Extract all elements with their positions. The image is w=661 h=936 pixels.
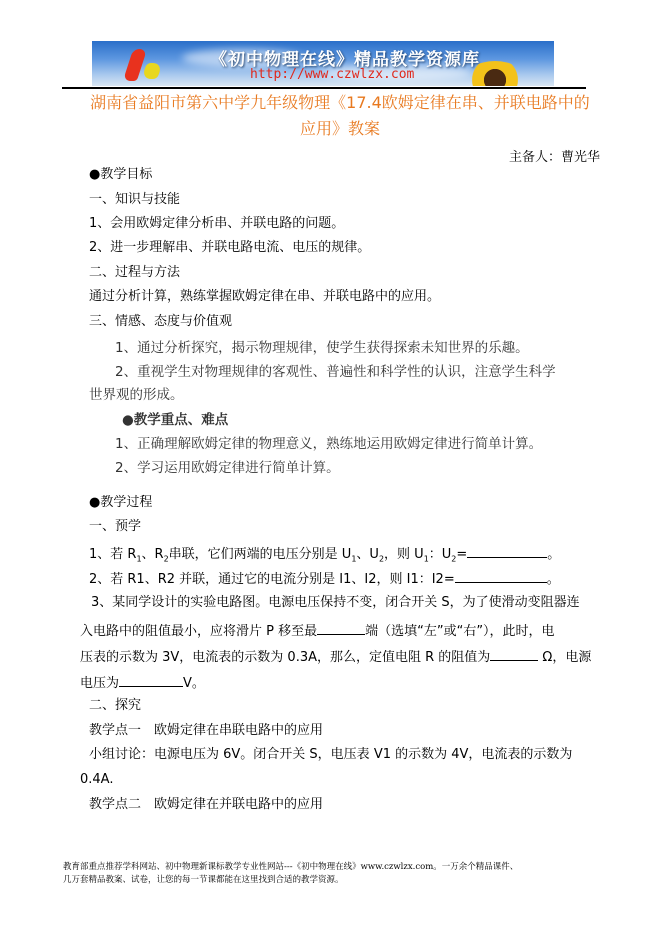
section-heading-goals: ●教学目标 <box>89 166 152 184</box>
document-title: 湖南省益阳市第六中学九年级物理《17.4欧姆定律在串、并联电路中的 <box>80 91 600 115</box>
footer-line-1: 教育部重点推荐学科网站、初中物理新课标教学专业性网站---《初中物理在线》www… <box>63 861 518 874</box>
section-heading-keypoints: ●教学重点、难点 <box>122 411 228 429</box>
subsection-heading-knowledge: 一、知识与技能 <box>89 191 180 209</box>
logo-icon <box>123 49 147 81</box>
question-text: 入电路中的阻值最小，应将滑片 P 移至最 <box>80 624 317 639</box>
question-text: ，则 U <box>384 547 424 562</box>
question-text: 、R <box>142 547 164 562</box>
subsection-heading-process: 二、过程与方法 <box>89 264 180 282</box>
question-text: 。 <box>547 572 560 587</box>
question-text: ：U <box>429 547 452 562</box>
discussion-line-2: 0.4A. <box>80 771 113 789</box>
answer-blank[interactable] <box>467 543 547 558</box>
list-item: 1、会用欧姆定律分析串、并联电路的问题。 <box>89 215 344 233</box>
list-item: 2、进一步理解串、并联电路电流、电压的规律。 <box>89 239 370 257</box>
subsection-heading-preview: 一、预学 <box>89 518 141 536</box>
question-3-line-2: 入电路中的阻值最小，应将滑片 P 移至最端（选填“左”或“右”），此时，电 <box>80 620 555 641</box>
question-text: 1、若 R <box>89 547 136 562</box>
teaching-point-1: 教学点一 欧姆定律在串联电路中的应用 <box>89 722 323 740</box>
question-text: 2、若 R1、R2 并联，通过它的电流分别是 I1、I2，则 I1：I2= <box>89 572 455 587</box>
footer-line-2: 几万套精品教案、试卷，让您的每一节课都能在这里找到合适的教学资源。 <box>63 874 518 887</box>
answer-blank[interactable] <box>455 568 547 583</box>
author-line: 主备人：曹光华 <box>509 146 600 165</box>
question-text: 、U <box>356 547 379 562</box>
question-text: 压表的示数为 3V，电流表的示数为 0.3A，那么，定值电阻 R 的阻值为 <box>80 650 490 665</box>
section-heading-procedure: ●教学过程 <box>89 494 152 512</box>
question-text: 电压为 <box>80 676 119 691</box>
list-item: 1、正确理解欧姆定律的物理意义，熟练地运用欧姆定律进行简单计算。 <box>115 435 542 453</box>
answer-blank[interactable] <box>317 620 365 635</box>
subsection-heading-explore: 二、探究 <box>89 697 141 715</box>
list-item: 2、重视学生对物理规律的客观性、普遍性和科学性的认识，注意学生科学 <box>115 363 556 381</box>
logo-icon-accent <box>141 63 163 79</box>
question-3-line-4: 电压为V。 <box>80 672 205 693</box>
answer-blank[interactable] <box>119 672 183 687</box>
question-text: 。 <box>547 547 560 562</box>
banner-url: http://www.czwlzx.com <box>250 67 414 82</box>
document-title-continued: 应用》教案 <box>80 117 600 141</box>
footer: 教育部重点推荐学科网站、初中物理新课标教学专业性网站---《初中物理在线》www… <box>63 861 518 887</box>
list-item-continued: 世界观的形成。 <box>89 386 184 404</box>
question-text: 串联，它们两端的电压分别是 U <box>169 547 352 562</box>
question-text: Ω，电源 <box>538 650 591 665</box>
question-3-line-1: 3、某同学设计的实验电路图。电源电压保持不变，闭合开关 S，为了使滑动变阻器连 <box>91 594 580 612</box>
header-banner: 《初中物理在线》精品教学资源库 http://www.czwlzx.com <box>92 41 554 86</box>
header-divider <box>62 87 586 89</box>
question-2: 2、若 R1、R2 并联，通过它的电流分别是 I1、I2，则 I1：I2=。 <box>89 568 560 589</box>
question-text: V。 <box>183 676 205 691</box>
answer-blank[interactable] <box>490 646 538 661</box>
question-text: = <box>456 547 467 562</box>
subsection-heading-emotion: 三、情感、态度与价值观 <box>89 313 232 331</box>
discussion-line-1: 小组讨论：电源电压为 6V。闭合开关 S，电压表 V1 的示数为 4V，电流表的… <box>89 746 572 764</box>
question-3-line-3: 压表的示数为 3V，电流表的示数为 0.3A，那么，定值电阻 R 的阻值为 Ω，… <box>80 646 591 667</box>
teaching-point-2: 教学点二 欧姆定律在并联电路中的应用 <box>89 796 323 814</box>
question-1: 1、若 R1、R2串联，它们两端的电压分别是 U1、U2，则 U1：U2=。 <box>89 543 560 569</box>
list-item: 1、通过分析探究，揭示物理规律，使学生获得探索未知世界的乐趣。 <box>115 339 529 357</box>
list-item: 2、学习运用欧姆定律进行简单计算。 <box>115 459 340 477</box>
question-text: 端（选填“左”或“右”），此时，电 <box>365 624 554 639</box>
paragraph: 通过分析计算，熟练掌握欧姆定律在串、并联电路中的应用。 <box>89 288 440 306</box>
